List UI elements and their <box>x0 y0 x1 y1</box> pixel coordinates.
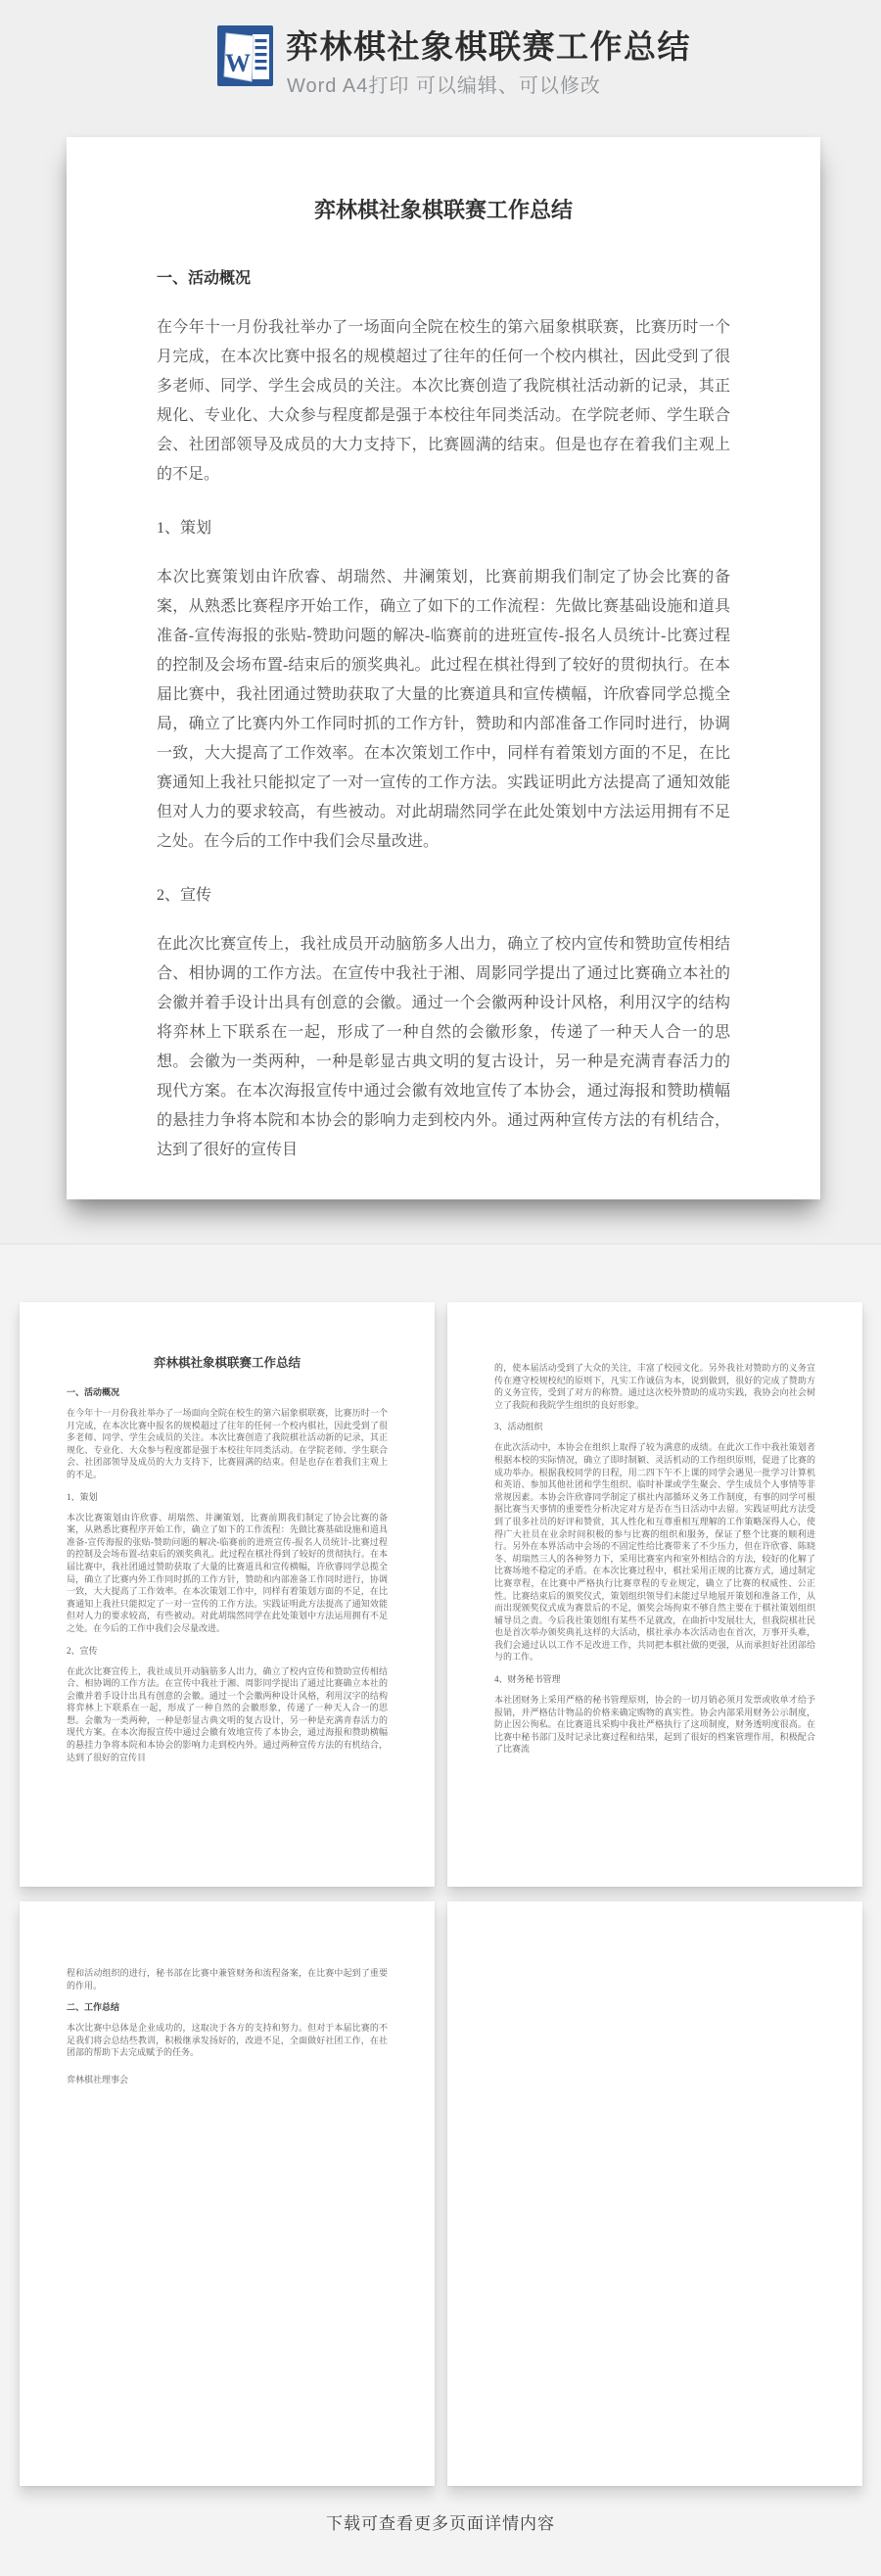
doc-block-h2: 2、宣传 <box>157 882 730 905</box>
word-document-icon: W <box>217 25 273 86</box>
doc-block-p: 在今年十一月份我社举办了一场面向全院在校生的第六届象棋联赛，比赛历时一个月完成，… <box>67 1407 388 1481</box>
doc-block-p: 在此次比赛宣传上，我社成员开动脑筋多人出力，确立了校内宣传和赞助宣传相结合、相协… <box>67 1665 388 1764</box>
doc-block-p: 本社团财务上采用严格的秘书管理原则，协会的一切月销必须月发票或收单才给予报销，并… <box>494 1694 815 1756</box>
thumbnail-page-3[interactable]: 程和活动组织的进行，秘书部在比赛中兼管财务和流程备案，在比赛中起到了重要的作用。… <box>20 1901 435 2486</box>
section-divider <box>0 1243 881 1244</box>
doc-block-h2: 3、活动组织 <box>494 1420 815 1432</box>
doc-block-p: 的，使本届活动受到了大众的关注，丰富了校园文化。另外我社对赞助方的义务宣传在遵守… <box>494 1362 815 1411</box>
doc-block-h1: 一、活动概况 <box>157 265 730 288</box>
doc-block-h2: 2、宣传 <box>67 1644 388 1657</box>
doc-block-p: 在此次活动中，本协会在组织上取得了较为满意的成绩。在此次工作中我社策划者根据本校… <box>494 1441 815 1663</box>
page-canvas: W 弈林棋社象棋联赛工作总结 Word A4打印 可以编辑、可以修改 弈林棋社象… <box>0 0 881 2576</box>
thumbnail-page-1[interactable]: 弈林棋社象棋联赛工作总结一、活动概况在今年十一月份我社举办了一场面向全院在校生的… <box>20 1302 435 1887</box>
thumbnail-page-2-content: 的，使本届活动受到了大众的关注，丰富了校园文化。另外我社对赞助方的义务宣传在遵守… <box>494 1362 815 1756</box>
doc-block-h1: 二、工作总结 <box>67 2000 388 2013</box>
doc-block-h1: 一、活动概况 <box>67 1385 388 1398</box>
doc-block-h2: 4、财务秘书管理 <box>494 1672 815 1685</box>
header: W 弈林棋社象棋联赛工作总结 Word A4打印 可以编辑、可以修改 <box>0 0 881 108</box>
doc-block-p: 在此次比赛宣传上，我社成员开动脑筋多人出力，确立了校内宣传和赞助宣传相结合、相协… <box>157 930 730 1165</box>
thumbnail-page-4[interactable] <box>447 1901 862 2486</box>
thumbnail-page-3-content: 程和活动组织的进行，秘书部在比赛中兼管财务和流程备案，在比赛中起到了重要的作用。… <box>67 1967 388 2085</box>
footer-caption: 下载可查看更多页面详情内容 <box>0 2509 881 2534</box>
doc-block-p: 本次比赛中总体是企业成功的，这取决于各方的支持和努力。但对于本届比赛的不足我们将… <box>67 2022 388 2059</box>
word-document-icon-svg: W <box>217 25 273 86</box>
doc-block-doc-title: 弈林棋社象棋联赛工作总结 <box>157 194 730 224</box>
doc-block-p: 本次比赛策划由许欣睿、胡瑞然、井澜策划，比赛前期我们制定了协会比赛的备案，从熟悉… <box>67 1512 388 1635</box>
doc-block-h2: 1、策划 <box>157 515 730 538</box>
doc-block-doc-title: 弈林棋社象棋联赛工作总结 <box>67 1353 388 1371</box>
document-page-1-content: 弈林棋社象棋联赛工作总结一、活动概况在今年十一月份我社举办了一场面向全院在校生的… <box>157 194 730 1165</box>
main-page-preview[interactable]: 弈林棋社象棋联赛工作总结一、活动概况在今年十一月份我社举办了一场面向全院在校生的… <box>67 137 820 1199</box>
doc-block-h2: 1、策划 <box>67 1490 388 1503</box>
header-subtitle: Word A4打印 可以编辑、可以修改 <box>287 70 601 98</box>
header-title: 弈林棋社象棋联赛工作总结 <box>286 22 691 68</box>
doc-block-sig: 弈林棋社理事会 <box>67 2073 388 2085</box>
svg-text:W: W <box>225 49 251 77</box>
doc-block-p: 程和活动组织的进行，秘书部在比赛中兼管财务和流程备案，在比赛中起到了重要的作用。 <box>67 1967 388 1991</box>
doc-block-p: 本次比赛策划由许欣睿、胡瑞然、井澜策划，比赛前期我们制定了协会比赛的备案，从熟悉… <box>157 563 730 857</box>
doc-block-p: 在今年十一月份我社举办了一场面向全院在校生的第六届象棋联赛，比赛历时一个月完成，… <box>157 313 730 490</box>
thumbnail-page-2[interactable]: 的，使本届活动受到了大众的关注，丰富了校园文化。另外我社对赞助方的义务宣传在遵守… <box>447 1302 862 1887</box>
thumbnail-page-1-content: 弈林棋社象棋联赛工作总结一、活动概况在今年十一月份我社举办了一场面向全院在校生的… <box>67 1353 388 1763</box>
